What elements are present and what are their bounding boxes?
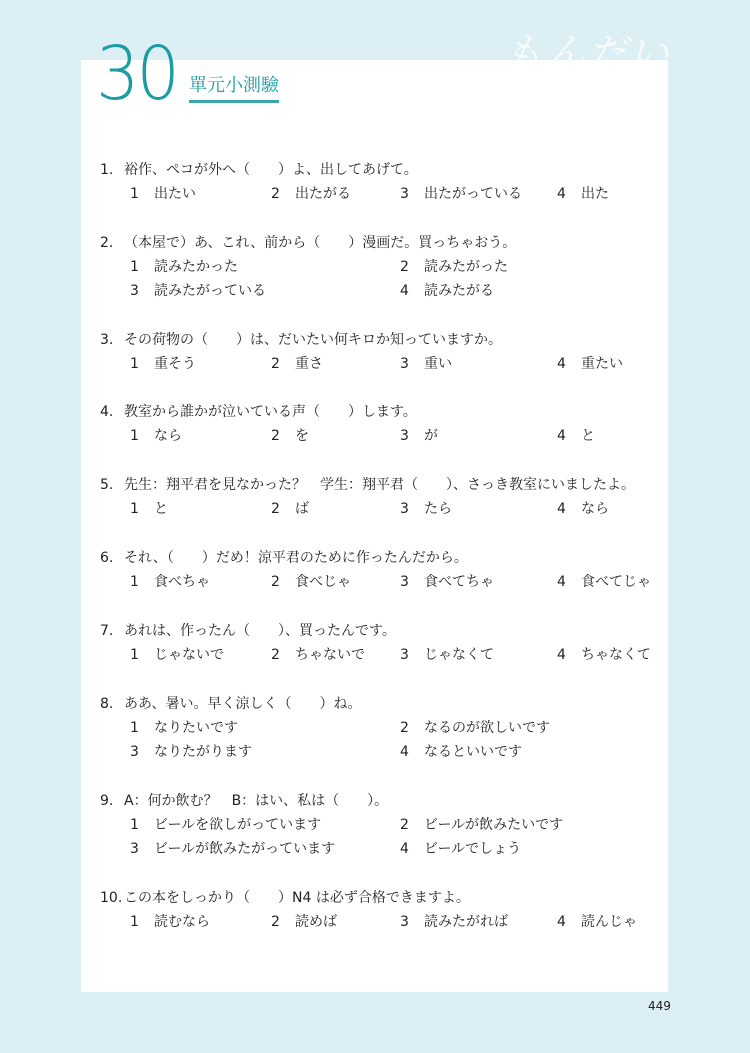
option-text: 食べてちゃ — [424, 574, 494, 590]
answer-option[interactable]: 4なるといいです — [400, 743, 522, 761]
question-number: 3. — [100, 331, 124, 349]
answer-option[interactable]: 3が — [400, 427, 438, 445]
option-text: 読みたがっている — [154, 283, 266, 299]
answer-option[interactable]: 3読みたがれば — [400, 913, 508, 931]
question-text: それ、（ ）だめ！涼平君のために作ったんだから。 — [124, 550, 468, 566]
option-text: なりたいです — [154, 720, 238, 736]
answer-option[interactable]: 2読みたがった — [400, 258, 508, 276]
answer-option[interactable]: 2を — [271, 427, 309, 445]
option-text: が — [424, 428, 438, 444]
option-number: 2 — [400, 719, 424, 737]
answer-option[interactable]: 1なら — [130, 427, 182, 445]
option-text: たら — [424, 501, 452, 517]
unit-title: 單元小測驗 — [189, 75, 279, 103]
option-text: 重そう — [154, 356, 196, 372]
option-number: 2 — [271, 185, 295, 203]
option-text: なら — [581, 501, 609, 517]
option-text: じゃなくて — [424, 647, 494, 663]
option-number: 1 — [130, 816, 154, 834]
answer-option[interactable]: 2読めば — [271, 913, 337, 931]
option-number: 1 — [130, 719, 154, 737]
option-text: と — [154, 501, 168, 517]
question-number: 6. — [100, 549, 124, 567]
option-text: なら — [154, 428, 182, 444]
answer-option[interactable]: 2ば — [271, 500, 309, 518]
question-text: この本をしっかり（ ）N4 は必ず合格できますよ。 — [124, 890, 470, 906]
answer-option[interactable]: 1読むなら — [130, 913, 210, 931]
option-text: 出たがっている — [424, 186, 522, 202]
question-3: 3.その荷物の（ ）は、だいたい何キロか知っていますか。 — [100, 331, 502, 349]
question-1: 1.裕作、ペコが外へ（ ）よ、出してあげて。 — [100, 161, 418, 179]
option-text: ビールでしょう — [424, 841, 521, 857]
option-number: 1 — [130, 258, 154, 276]
option-text: ば — [295, 501, 309, 517]
answer-option[interactable]: 4出た — [557, 185, 609, 203]
option-text: を — [295, 428, 309, 444]
option-number: 2 — [271, 500, 295, 518]
answer-option[interactable]: 1食べちゃ — [130, 573, 210, 591]
option-text: 重たい — [581, 356, 623, 372]
question-2: 2.（本屋で）あ、これ、前から（ ）漫画だ。買っちゃおう。 — [100, 234, 516, 252]
option-text: 出たい — [154, 186, 196, 202]
option-text: 読むなら — [154, 914, 210, 930]
page-number: 449 — [648, 998, 671, 1014]
answer-option[interactable]: 2ちゃないで — [271, 646, 365, 664]
option-number: 3 — [400, 185, 424, 203]
option-number: 4 — [557, 913, 581, 931]
option-number: 4 — [400, 282, 424, 300]
question-number: 5. — [100, 476, 124, 494]
unit-number: 30 — [96, 34, 177, 114]
option-number: 1 — [130, 185, 154, 203]
answer-option[interactable]: 3食べてちゃ — [400, 573, 494, 591]
option-number: 3 — [400, 573, 424, 591]
option-number: 4 — [557, 185, 581, 203]
question-8: 8.ああ、暑い。早く涼しく（ ）ね。 — [100, 695, 361, 713]
option-text: 食べてじゃ — [581, 574, 651, 590]
answer-option[interactable]: 3ビールが飲みたがっています — [130, 840, 335, 858]
option-number: 4 — [557, 355, 581, 373]
question-5: 5.先生：翔平君を見なかった？ 学生：翔平君（ ）、さっき教室にいましたよ。 — [100, 476, 635, 494]
option-number: 2 — [271, 913, 295, 931]
option-number: 3 — [130, 743, 154, 761]
option-number: 2 — [271, 646, 295, 664]
option-text: ちゃなくて — [581, 647, 651, 663]
option-number: 1 — [130, 913, 154, 931]
option-number: 3 — [130, 840, 154, 858]
answer-option[interactable]: 4ビールでしょう — [400, 840, 521, 858]
answer-option[interactable]: 1出たい — [130, 185, 196, 203]
question-number: 4. — [100, 403, 124, 421]
option-number: 2 — [271, 427, 295, 445]
option-text: 出た — [581, 186, 609, 202]
option-text: ビールが飲みたいです — [424, 817, 563, 833]
option-number: 4 — [400, 743, 424, 761]
question-number: 1. — [100, 161, 124, 179]
option-text: なるといいです — [424, 744, 522, 760]
question-text: あれは、作ったん（ ）、買ったんです。 — [124, 623, 396, 639]
option-text: 重い — [424, 356, 452, 372]
answer-option[interactable]: 4と — [557, 427, 595, 445]
option-text: 出たがる — [295, 186, 351, 202]
answer-option[interactable]: 1重そう — [130, 355, 196, 373]
question-text: 裕作、ペコが外へ（ ）よ、出してあげて。 — [124, 162, 418, 178]
option-number: 1 — [130, 646, 154, 664]
answer-option[interactable]: 3たら — [400, 500, 452, 518]
option-text: じゃないで — [154, 647, 224, 663]
answer-option[interactable]: 3重い — [400, 355, 452, 373]
option-text: 重さ — [295, 356, 323, 372]
option-number: 3 — [400, 427, 424, 445]
answer-option[interactable]: 4食べてじゃ — [557, 573, 651, 591]
option-text: なりたがります — [154, 744, 252, 760]
option-number: 1 — [130, 573, 154, 591]
option-text: 読めば — [295, 914, 337, 930]
option-text: ビールを欲しがっています — [154, 817, 321, 833]
answer-option[interactable]: 2食べじゃ — [271, 573, 351, 591]
answer-option[interactable]: 4読んじゃ — [557, 913, 637, 931]
option-number: 3 — [400, 913, 424, 931]
question-number: 2. — [100, 234, 124, 252]
option-number: 1 — [130, 355, 154, 373]
answer-option[interactable]: 3読みたがっている — [130, 282, 266, 300]
answer-option[interactable]: 2出たがる — [271, 185, 351, 203]
question-text: （本屋で）あ、これ、前から（ ）漫画だ。買っちゃおう。 — [124, 235, 516, 251]
option-number: 4 — [557, 573, 581, 591]
answer-option[interactable]: 1じゃないで — [130, 646, 224, 664]
option-text: 食べちゃ — [154, 574, 210, 590]
option-number: 2 — [400, 816, 424, 834]
option-text: 読んじゃ — [581, 914, 637, 930]
answer-option[interactable]: 4重たい — [557, 355, 623, 373]
option-number: 1 — [130, 427, 154, 445]
option-number: 1 — [130, 500, 154, 518]
answer-option[interactable]: 1ビールを欲しがっています — [130, 816, 321, 834]
option-number: 4 — [400, 840, 424, 858]
question-4: 4.教室から誰かが泣いている声（ ）します。 — [100, 403, 417, 421]
answer-option[interactable]: 2ビールが飲みたいです — [400, 816, 563, 834]
option-text: 読みたかった — [154, 259, 238, 275]
answer-option[interactable]: 1読みたかった — [130, 258, 238, 276]
question-10: 10.この本をしっかり（ ）N4 は必ず合格できますよ。 — [100, 889, 470, 907]
option-number: 4 — [557, 500, 581, 518]
option-text: 食べじゃ — [295, 574, 351, 590]
option-number: 3 — [130, 282, 154, 300]
option-text: ちゃないで — [295, 647, 365, 663]
question-number: 9. — [100, 792, 124, 810]
option-text: 読みたがる — [424, 283, 494, 299]
option-number: 4 — [557, 427, 581, 445]
option-text: ビールが飲みたがっています — [154, 841, 335, 857]
option-text: 読みたがった — [424, 259, 508, 275]
option-text: なるのが欲しいです — [424, 720, 550, 736]
question-text: 先生：翔平君を見なかった？ 学生：翔平君（ ）、さっき教室にいましたよ。 — [124, 477, 635, 493]
answer-option[interactable]: 2重さ — [271, 355, 323, 373]
answer-option[interactable]: 3出たがっている — [400, 185, 522, 203]
question-9: 9.A：何か飲む？ B：はい、私は（ ）。 — [100, 792, 388, 810]
question-7: 7.あれは、作ったん（ ）、買ったんです。 — [100, 622, 396, 640]
option-number: 2 — [400, 258, 424, 276]
option-text: と — [581, 428, 595, 444]
option-number: 2 — [271, 573, 295, 591]
question-text: 教室から誰かが泣いている声（ ）します。 — [124, 404, 417, 420]
question-number: 8. — [100, 695, 124, 713]
question-text: ああ、暑い。早く涼しく（ ）ね。 — [124, 696, 361, 712]
question-6: 6.それ、（ ）だめ！涼平君のために作ったんだから。 — [100, 549, 468, 567]
question-number: 10. — [100, 889, 124, 907]
option-number: 4 — [557, 646, 581, 664]
question-text: A：何か飲む？ B：はい、私は（ ）。 — [124, 793, 388, 809]
answer-option[interactable]: 3なりたがります — [130, 743, 252, 761]
option-number: 2 — [271, 355, 295, 373]
question-text: その荷物の（ ）は、だいたい何キロか知っていますか。 — [124, 332, 502, 348]
answer-option[interactable]: 4読みたがる — [400, 282, 494, 300]
option-number: 3 — [400, 355, 424, 373]
option-number: 3 — [400, 646, 424, 664]
answer-option[interactable]: 1なりたいです — [130, 719, 238, 737]
option-text: 読みたがれば — [424, 914, 508, 930]
answer-option[interactable]: 4ちゃなくて — [557, 646, 651, 664]
answer-option[interactable]: 4なら — [557, 500, 609, 518]
answer-option[interactable]: 3じゃなくて — [400, 646, 494, 664]
answer-option[interactable]: 2なるのが欲しいです — [400, 719, 550, 737]
option-number: 3 — [400, 500, 424, 518]
answer-option[interactable]: 1と — [130, 500, 168, 518]
question-number: 7. — [100, 622, 124, 640]
